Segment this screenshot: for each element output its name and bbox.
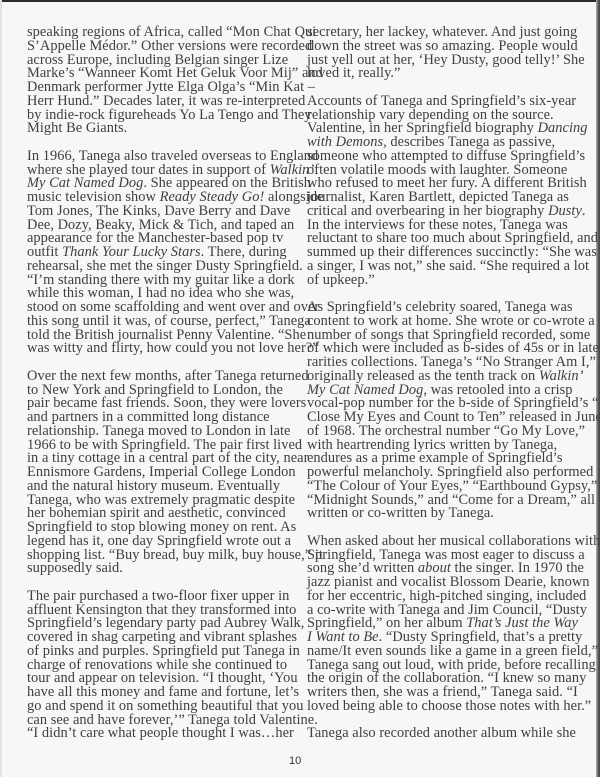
right-text-column: secretary, her lackey, whatever. And jus… bbox=[307, 26, 575, 755]
text-line: was witty and flirty, how could you not … bbox=[27, 342, 295, 356]
paragraph: In 1966, Tanega also traveled overseas t… bbox=[27, 150, 295, 356]
text-line: supposedly said. bbox=[27, 562, 295, 576]
text-line: Tanega also recorded another album while… bbox=[307, 727, 575, 741]
paragraph: Tanega also recorded another album while… bbox=[307, 727, 575, 741]
text-line: written or co-written by Tanega. bbox=[307, 507, 575, 521]
paragraph: As Springfield’s celebrity soared, Taneg… bbox=[307, 301, 575, 521]
paragraph: speaking regions of Africa, called “Mon … bbox=[27, 26, 295, 136]
text-line: of upkeep.” bbox=[307, 274, 575, 288]
paragraph: When asked about her musical collaborati… bbox=[307, 535, 575, 714]
text-line: loved being able to choose those notes w… bbox=[307, 700, 575, 714]
paragraph: secretary, her lackey, whatever. And jus… bbox=[307, 26, 575, 81]
text-line: Might Be Giants. bbox=[27, 122, 295, 136]
text-line: “I didn’t care what people thought I was… bbox=[27, 727, 295, 741]
page-right-edge bbox=[596, 0, 600, 777]
paragraph: The pair purchased a two-floor fixer upp… bbox=[27, 590, 295, 741]
page-left-edge bbox=[0, 0, 2, 777]
page-top-edge bbox=[0, 0, 600, 2]
left-text-column: speaking regions of Africa, called “Mon … bbox=[27, 26, 295, 755]
text-line: loved it, really.” bbox=[307, 67, 575, 81]
paragraph: Accounts of Tanega and Springfield’s six… bbox=[307, 95, 575, 288]
paragraph: Over the next few months, after Tanega r… bbox=[27, 370, 295, 576]
page-number: 10 bbox=[289, 755, 301, 767]
